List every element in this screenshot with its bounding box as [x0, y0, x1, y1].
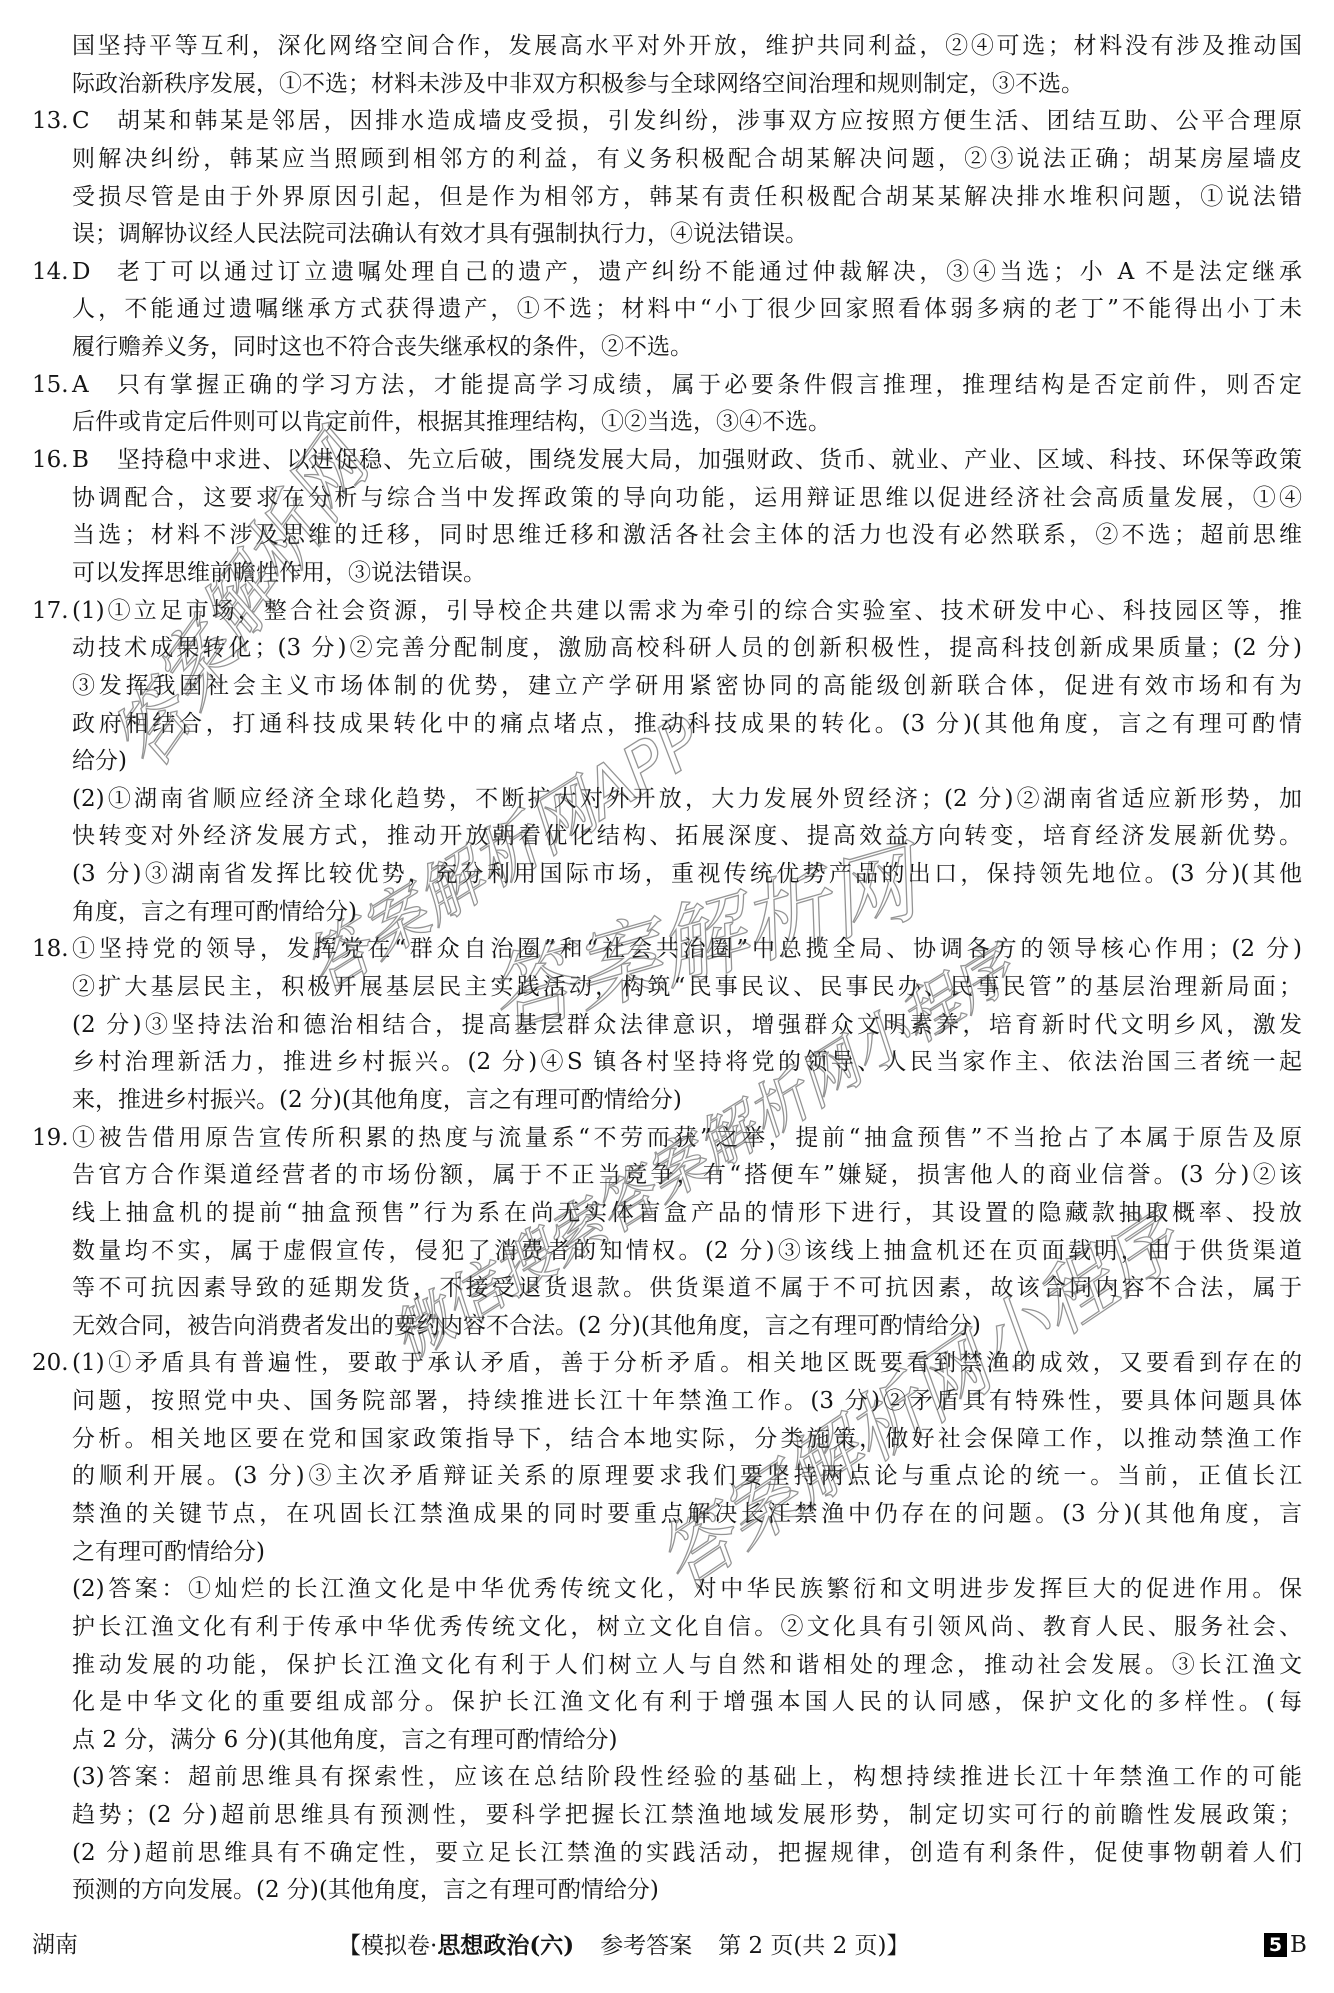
- line-text: (2)①湖南省顺应经济全球化趋势，不断扩大对外开放，大力发展外贸经济；(2 分)…: [72, 786, 1302, 812]
- answer-line: 受损尽管是由于外界原因引起，但是作为相邻方，韩某有责任积极配合胡某某解决排水堆积…: [0, 179, 1302, 217]
- answer-line: 误；调解协议经人民法院司法确认有效才具有强制执行力，④说法错误。: [0, 216, 1302, 254]
- line-text: 数量均不实，属于虚假宣传，侵犯了消费者的知情权。(2 分)③该线上抽盒机还在页面…: [72, 1238, 1302, 1264]
- answer-part-2: (2)答案：①灿烂的长江渔文化是中华优秀传统文化，对中华民族繁衍和文明进步发挥巨…: [0, 1571, 1334, 1759]
- answer-key-page: 国坚持平等互利，深化网络空间合作，发展高水平对外开放，维护共同利益，②④可选；材…: [0, 0, 1334, 1993]
- title-doc-type: 参考答案: [600, 1933, 692, 1959]
- line-text: 误；调解协议经人民法院司法确认有效才具有强制执行力，④说法错误。: [72, 221, 808, 247]
- line-text: 受损尽管是由于外界原因引起，但是作为相邻方，韩某有责任积极配合胡某某解决排水堆积…: [72, 184, 1302, 210]
- answer-line: 告官方合作渠道经营者的市场份额，属于不正当竞争，有“搭便车”嫌疑，损害他人的商业…: [0, 1157, 1302, 1195]
- answer-line: 17. (1)①立足市场，整合社会资源，引导校企共建以需求为牵引的综合实验室、技…: [0, 593, 1302, 631]
- line-text: 问题，按照党中央、国务院部署，持续推进长江十年禁渔工作。(3 分)②矛盾具有特殊…: [72, 1388, 1302, 1414]
- region-label: 湖南: [32, 1927, 78, 1964]
- choice-answer: A: [72, 367, 89, 405]
- line-text: (3 分)③湖南省发挥比较优势，充分利用国际市场，重视传统优势产品的出口，保持领…: [72, 861, 1302, 887]
- line-text: 分析。相关地区要在党和国家政策指导下，结合本地实际，分类施策，做好社会保障工作，…: [72, 1426, 1302, 1452]
- question-number: 20.: [32, 1345, 69, 1383]
- line-text: 给分): [72, 748, 127, 774]
- line-text: 后件或肯定后件则可以肯定前件，根据其推理结构，①②当选，③④不选。: [72, 409, 831, 435]
- answer-line: 趋势；(2 分)超前思维具有预测性，要科学把握长江禁渔地域发展形势，制定切实可行…: [0, 1797, 1302, 1835]
- answer-line: 给分): [0, 743, 1302, 781]
- page-info: 第 2 页(共 2 页)】: [718, 1933, 909, 1959]
- answer-line: 政府相结合，打通科技成果转化中的痛点堵点，推动科技成果的转化。(3 分)(其他角…: [0, 706, 1302, 744]
- line-text: (1)①立足市场，整合社会资源，引导校企共建以需求为牵引的综合实验室、技术研发中…: [72, 598, 1302, 624]
- answer-line: 13. C 胡某和韩某是邻居，因排水造成墙皮受损，引发纠纷，涉事双方应按照方便生…: [0, 103, 1302, 141]
- answer-line: 可以发挥思维前瞻性作用，③说法错误。: [0, 555, 1302, 593]
- line-text: 无效合同，被告向消费者发出的要约内容不合法。(2 分)(其他角度，言之有理可酌情…: [72, 1313, 981, 1339]
- answer-part-1: 17. (1)①立足市场，整合社会资源，引导校企共建以需求为牵引的综合实验室、技…: [0, 593, 1334, 781]
- question-number: 19.: [32, 1120, 69, 1158]
- answer-line: 协调配合，这要求在分析与综合当中发挥政策的导向功能，运用辩证思维以促进经济社会高…: [0, 480, 1302, 518]
- answer-line: 人，不能通过遗嘱继承方式获得遗产，①不选；材料中“小丁很少回家照看体弱多病的老丁…: [0, 291, 1302, 329]
- line-text: 点 2 分，满分 6 分)(其他角度，言之有理可酌情给分): [72, 1727, 617, 1753]
- answer-line: 18. ①坚持党的领导，发挥党在“群众自治圈”和“社会共治圈”中总揽全局、协调各…: [0, 931, 1302, 969]
- line-text: 则解决纠纷，韩某应当照顾到相邻方的利益，有义务积极配合胡某解决问题，②③说法正确…: [72, 146, 1302, 172]
- answer-line: 履行赡养义务，同时这也不符合丧失继承权的条件，②不选。: [0, 329, 1302, 367]
- question-number: 15.: [32, 367, 69, 405]
- answer-line: 的顺利开展。(3 分)③主次矛盾辩证关系的原理要求我们要坚持两点论与重点论的统一…: [0, 1458, 1302, 1496]
- line-text: 线上抽盒机的提前“抽盒预售”行为系在尚无实体盲盒产品的情形下进行，其设置的隐藏款…: [72, 1200, 1302, 1226]
- line-text: 人，不能通过遗嘱继承方式获得遗产，①不选；材料中“小丁很少回家照看体弱多病的老丁…: [72, 296, 1302, 322]
- line-text: 告官方合作渠道经营者的市场份额，属于不正当竞争，有“搭便车”嫌疑，损害他人的商业…: [72, 1162, 1302, 1188]
- edition-badge-number: 5: [1264, 1933, 1287, 1957]
- answer-line: 16. B 坚持稳中求进、以进促稳、先立后破，围绕发展大局，加强财政、货币、就业…: [0, 442, 1302, 480]
- question-number: 16.: [32, 442, 69, 480]
- answer-line: 预测的方向发展。(2 分)(其他角度，言之有理可酌情给分): [0, 1872, 1302, 1910]
- answer-content: 国坚持平等互利，深化网络空间合作，发展高水平对外开放，维护共同利益，②④可选；材…: [0, 28, 1334, 1910]
- line-text: ③发挥我国社会主义市场体制的优势，建立产学研用紧密协同的高能级创新联合体，促进有…: [72, 673, 1302, 699]
- line-text: ②扩大基层民主，积极开展基层民主实践活动，构筑“民事民议、民事民办、民事民管”的…: [72, 974, 1302, 1000]
- answer-line: 推动发展的功能，保护长江渔文化有利于人们树立人与自然和谐相处的理念，推动社会发展…: [0, 1647, 1302, 1685]
- answer-line: 快转变对外经济发展方式，推动开放朝着优化结构、拓展深度、提高效益方向转变，培育经…: [0, 818, 1302, 856]
- answer-item-18: 18. ①坚持党的领导，发挥党在“群众自治圈”和“社会共治圈”中总揽全局、协调各…: [0, 931, 1334, 1119]
- line-text: 护长江渔文化有利于传承中华优秀传统文化，树立文化自信。②文化具有引领风尚、教育人…: [72, 1614, 1302, 1640]
- line-text: 只有掌握正确的学习方法，才能提高学习成绩，属于必要条件假言推理，推理结构是否定前…: [117, 372, 1302, 398]
- question-number: 18.: [32, 931, 69, 969]
- answer-line: ②扩大基层民主，积极开展基层民主实践活动，构筑“民事民议、民事民办、民事民管”的…: [0, 969, 1302, 1007]
- line-text: 快转变对外经济发展方式，推动开放朝着优化结构、拓展深度、提高效益方向转变，培育经…: [72, 823, 1302, 849]
- line-text: 际政治新秩序发展，①不选；材料未涉及中非双方积极参与全球网络空间治理和规则制定，…: [72, 71, 1084, 97]
- line-text: 协调配合，这要求在分析与综合当中发挥政策的导向功能，运用辩证思维以促进经济社会高…: [72, 485, 1302, 511]
- line-text: 动技术成果转化；(3 分)②完善分配制度，激励高校科研人员的创新积极性，提高科技…: [72, 635, 1302, 661]
- line-text: 等不可抗因素导致的延期发货，不接受退货退款。供货渠道不属于不可抗因素，故该合同内…: [72, 1275, 1302, 1301]
- title-subject: 思想政治(六): [437, 1932, 574, 1959]
- line-text: 可以发挥思维前瞻性作用，③说法错误。: [72, 560, 486, 586]
- answer-line: 20. (1)①矛盾具有普遍性，要敢于承认矛盾，善于分析矛盾。相关地区既要看到禁…: [0, 1345, 1302, 1383]
- answer-line: (2)①湖南省顺应经济全球化趋势，不断扩大对外开放，大力发展外贸经济；(2 分)…: [0, 781, 1302, 819]
- answer-line: 来，推进乡村振兴。(2 分)(其他角度，言之有理可酌情给分): [0, 1082, 1302, 1120]
- line-text: 胡某和韩某是邻居，因排水造成墙皮受损，引发纠纷，涉事双方应按照方便生活、团结互助…: [117, 108, 1302, 134]
- line-text: 国坚持平等互利，深化网络空间合作，发展高水平对外开放，维护共同利益，②④可选；材…: [72, 33, 1302, 59]
- answer-line: 问题，按照党中央、国务院部署，持续推进长江十年禁渔工作。(3 分)②矛盾具有特殊…: [0, 1383, 1302, 1421]
- line-text: 政府相结合，打通科技成果转化中的痛点堵点，推动科技成果的转化。(3 分)(其他角…: [72, 711, 1302, 737]
- line-text: (3)答案：超前思维具有探索性，应该在总结阶段性经验的基础上，构想持续推进长江十…: [72, 1764, 1302, 1790]
- answer-line: 则解决纠纷，韩某应当照顾到相邻方的利益，有义务积极配合胡某解决问题，②③说法正确…: [0, 141, 1302, 179]
- line-text: 之有理可酌情给分): [72, 1539, 265, 1565]
- answer-line: 乡村治理新活力，推进乡村振兴。(2 分)④S 镇各村坚持将党的领导、人民当家作主…: [0, 1044, 1302, 1082]
- answer-line: 禁渔的关键节点，在巩固长江禁渔成果的同时要重点解决长江禁渔中仍存在的问题。(3 …: [0, 1496, 1302, 1534]
- question-number: 14.: [32, 254, 69, 292]
- line-text: ①坚持党的领导，发挥党在“群众自治圈”和“社会共治圈”中总揽全局、协调各方的领导…: [72, 936, 1302, 962]
- answer-line: 15. A 只有掌握正确的学习方法，才能提高学习成绩，属于必要条件假言推理，推理…: [0, 367, 1302, 405]
- title-prefix: 【模拟卷·: [338, 1933, 437, 1959]
- line-text: 来，推进乡村振兴。(2 分)(其他角度，言之有理可酌情给分): [72, 1087, 682, 1113]
- answer-item-17: 17. (1)①立足市场，整合社会资源，引导校企共建以需求为牵引的综合实验室、技…: [0, 593, 1334, 932]
- line-text: 化是中华文化的重要组成部分。保护长江渔文化有利于增强本国人民的认同感，保护文化的…: [72, 1689, 1302, 1715]
- line-text: (1)①矛盾具有普遍性，要敢于承认矛盾，善于分析矛盾。相关地区既要看到禁渔的成效…: [72, 1350, 1302, 1376]
- answer-item-16: 16. B 坚持稳中求进、以进促稳、先立后破，围绕发展大局，加强财政、货币、就业…: [0, 442, 1334, 593]
- answer-line: 角度，言之有理可酌情给分): [0, 894, 1302, 932]
- answer-part-1: 20. (1)①矛盾具有普遍性，要敢于承认矛盾，善于分析矛盾。相关地区既要看到禁…: [0, 1345, 1334, 1571]
- answer-line: 国坚持平等互利，深化网络空间合作，发展高水平对外开放，维护共同利益，②④可选；材…: [0, 28, 1302, 66]
- line-text: 的顺利开展。(3 分)③主次矛盾辩证关系的原理要求我们要坚持两点论与重点论的统一…: [72, 1463, 1302, 1489]
- line-text: 老丁可以通过订立遗嘱处理自己的遗产，遗产纠纷不能通过仲裁解决，③④当选；小 A …: [117, 259, 1302, 285]
- answer-item-15: 15. A 只有掌握正确的学习方法，才能提高学习成绩，属于必要条件假言推理，推理…: [0, 367, 1334, 442]
- line-text: (2)答案：①灿烂的长江渔文化是中华优秀传统文化，对中华民族繁衍和文明进步发挥巨…: [72, 1576, 1302, 1602]
- answer-line: 数量均不实，属于虚假宣传，侵犯了消费者的知情权。(2 分)③该线上抽盒机还在页面…: [0, 1233, 1302, 1271]
- answer-item-12-continued: 国坚持平等互利，深化网络空间合作，发展高水平对外开放，维护共同利益，②④可选；材…: [0, 28, 1334, 103]
- choice-answer: B: [72, 442, 89, 480]
- line-text: 禁渔的关键节点，在巩固长江禁渔成果的同时要重点解决长江禁渔中仍存在的问题。(3 …: [72, 1501, 1302, 1527]
- answer-line: (2)答案：①灿烂的长江渔文化是中华优秀传统文化，对中华民族繁衍和文明进步发挥巨…: [0, 1571, 1302, 1609]
- line-text: 坚持稳中求进、以进促稳、先立后破，围绕发展大局，加强财政、货币、就业、产业、区域…: [117, 447, 1302, 473]
- answer-line: 线上抽盒机的提前“抽盒预售”行为系在尚无实体盲盒产品的情形下进行，其设置的隐藏款…: [0, 1195, 1302, 1233]
- answer-item-19: 19. ①被告借用原告宣传所积累的热度与流量系“不劳而获”之举，提前“抽盒预售”…: [0, 1120, 1334, 1346]
- answer-line: 后件或肯定后件则可以肯定前件，根据其推理结构，①②当选，③④不选。: [0, 404, 1302, 442]
- line-text: (2 分)③坚持法治和德治相结合，提高基层群众法律意识，增强群众文明素养，培育新…: [72, 1012, 1302, 1038]
- answer-line: 分析。相关地区要在党和国家政策指导下，结合本地实际，分类施策，做好社会保障工作，…: [0, 1421, 1302, 1459]
- answer-part-2: (2)①湖南省顺应经济全球化趋势，不断扩大对外开放，大力发展外贸经济；(2 分)…: [0, 781, 1334, 932]
- line-text: 预测的方向发展。(2 分)(其他角度，言之有理可酌情给分): [72, 1877, 659, 1903]
- line-text: 趋势；(2 分)超前思维具有预测性，要科学把握长江禁渔地域发展形势，制定切实可行…: [72, 1802, 1302, 1828]
- question-number: 13.: [32, 103, 69, 141]
- answer-part-3: (3)答案：超前思维具有探索性，应该在总结阶段性经验的基础上，构想持续推进长江十…: [0, 1759, 1334, 1910]
- line-text: 推动发展的功能，保护长江渔文化有利于人们树立人与自然和谐相处的理念，推动社会发展…: [72, 1652, 1302, 1678]
- page-footer: 湖南 【模拟卷·思想政治(六)参考答案第 2 页(共 2 页)】 5 B: [0, 1927, 1334, 1964]
- line-text: (2 分)超前思维具有不确定性，要立足长江禁渔的实践活动，把握规律，创造有利条件…: [72, 1840, 1302, 1866]
- answer-line: 际政治新秩序发展，①不选；材料未涉及中非双方积极参与全球网络空间治理和规则制定，…: [0, 66, 1302, 104]
- answer-line: (2 分)超前思维具有不确定性，要立足长江禁渔的实践活动，把握规律，创造有利条件…: [0, 1835, 1302, 1873]
- answer-line: 14. D 老丁可以通过订立遗嘱处理自己的遗产，遗产纠纷不能通过仲裁解决，③④当…: [0, 254, 1302, 292]
- answer-item-13: 13. C 胡某和韩某是邻居，因排水造成墙皮受损，引发纠纷，涉事双方应按照方便生…: [0, 103, 1334, 254]
- question-number: 17.: [32, 593, 69, 631]
- answer-item-20: 20. (1)①矛盾具有普遍性，要敢于承认矛盾，善于分析矛盾。相关地区既要看到禁…: [0, 1345, 1334, 1910]
- answer-line: 点 2 分，满分 6 分)(其他角度，言之有理可酌情给分): [0, 1722, 1302, 1760]
- choice-answer: C: [72, 103, 90, 141]
- answer-line: (2 分)③坚持法治和德治相结合，提高基层群众法律意识，增强群众文明素养，培育新…: [0, 1007, 1302, 1045]
- answer-line: 动技术成果转化；(3 分)②完善分配制度，激励高校科研人员的创新积极性，提高科技…: [0, 630, 1302, 668]
- answer-line: (3)答案：超前思维具有探索性，应该在总结阶段性经验的基础上，构想持续推进长江十…: [0, 1759, 1302, 1797]
- answer-line: 之有理可酌情给分): [0, 1534, 1302, 1572]
- answer-line: 护长江渔文化有利于传承中华优秀传统文化，树立文化自信。②文化具有引领风尚、教育人…: [0, 1609, 1302, 1647]
- answer-line: 19. ①被告借用原告宣传所积累的热度与流量系“不劳而获”之举，提前“抽盒预售”…: [0, 1120, 1302, 1158]
- line-text: 角度，言之有理可酌情给分): [72, 899, 357, 925]
- edition-badge-letter: B: [1290, 1927, 1307, 1964]
- document-title: 【模拟卷·思想政治(六)参考答案第 2 页(共 2 页)】: [338, 1927, 910, 1965]
- choice-answer: D: [72, 254, 90, 292]
- answer-item-14: 14. D 老丁可以通过订立遗嘱处理自己的遗产，遗产纠纷不能通过仲裁解决，③④当…: [0, 254, 1334, 367]
- line-text: 履行赡养义务，同时这也不符合丧失继承权的条件，②不选。: [72, 334, 693, 360]
- line-text: 乡村治理新活力，推进乡村振兴。(2 分)④S 镇各村坚持将党的领导、人民当家作主…: [72, 1049, 1302, 1075]
- answer-line: 无效合同，被告向消费者发出的要约内容不合法。(2 分)(其他角度，言之有理可酌情…: [0, 1308, 1302, 1346]
- answer-line: ③发挥我国社会主义市场体制的优势，建立产学研用紧密协同的高能级创新联合体，促进有…: [0, 668, 1302, 706]
- line-text: ①被告借用原告宣传所积累的热度与流量系“不劳而获”之举，提前“抽盒预售”不当抢占…: [72, 1125, 1302, 1151]
- line-text: 当选；材料不涉及思维的迁移，同时思维迁移和激活各社会主体的活力也没有必然联系，②…: [72, 522, 1302, 548]
- answer-line: (3 分)③湖南省发挥比较优势，充分利用国际市场，重视传统优势产品的出口，保持领…: [0, 856, 1302, 894]
- answer-line: 当选；材料不涉及思维的迁移，同时思维迁移和激活各社会主体的活力也没有必然联系，②…: [0, 517, 1302, 555]
- answer-line: 化是中华文化的重要组成部分。保护长江渔文化有利于增强本国人民的认同感，保护文化的…: [0, 1684, 1302, 1722]
- answer-line: 等不可抗因素导致的延期发货，不接受退货退款。供货渠道不属于不可抗因素，故该合同内…: [0, 1270, 1302, 1308]
